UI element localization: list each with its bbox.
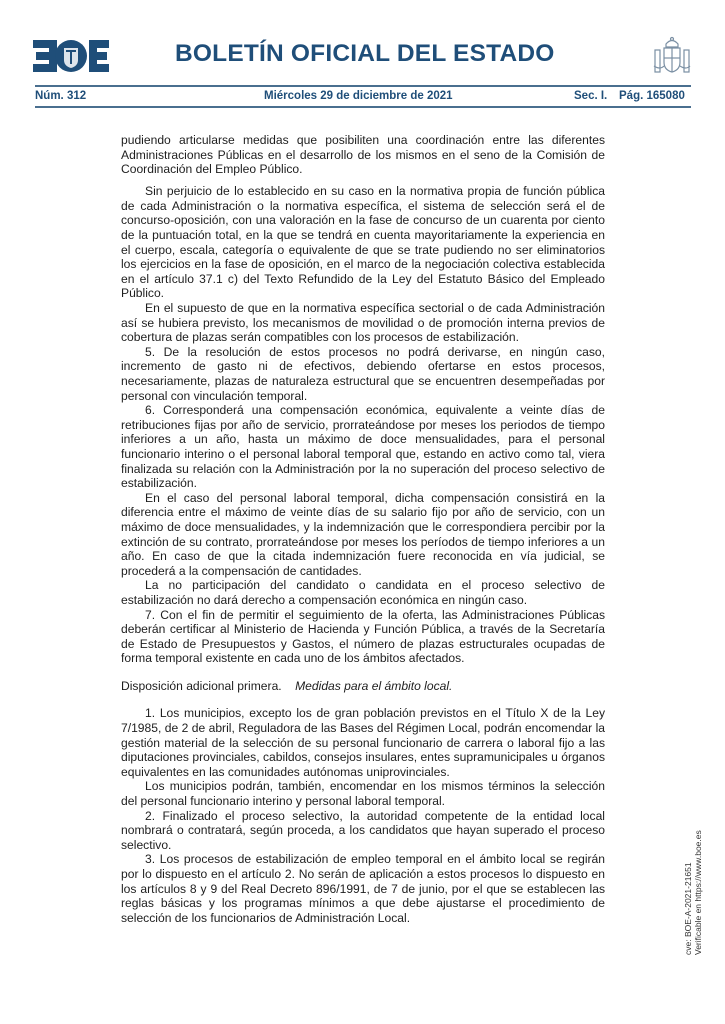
paragraph: 6. Corresponderá una compensación económ…: [121, 403, 605, 491]
paragraph: La no participación del candidato o cand…: [121, 578, 605, 607]
document-body: pudiendo articularse medidas que posibil…: [121, 133, 605, 925]
paragraph: 3. Los procesos de estabilización de emp…: [121, 852, 605, 925]
section-label: Sec. I.: [574, 90, 607, 102]
disposition-heading: Disposición adicional primera. Medidas p…: [121, 679, 605, 694]
verification-note: cve: BOE-A-2021-21651 Verificable en htt…: [683, 830, 703, 955]
header-rule-bottom: [35, 106, 691, 108]
boe-logo-icon: [33, 40, 109, 72]
issue-date: Miércoles 29 de diciembre de 2021: [264, 90, 453, 102]
disposition-title: Medidas para el ámbito local.: [295, 679, 452, 693]
cve-code: cve: BOE-A-2021-21651: [683, 830, 693, 955]
paragraph: En el supuesto de que en la normativa es…: [121, 301, 605, 345]
paragraph: 5. De la resolución de estos procesos no…: [121, 345, 605, 403]
coat-of-arms-icon: [652, 36, 692, 80]
issue-number: Núm. 312: [35, 90, 86, 102]
paragraph: Sin perjuicio de lo establecido en su ca…: [121, 184, 605, 301]
paragraph: 7. Con el fin de permitir el seguimiento…: [121, 608, 605, 666]
paragraph: 2. Finalizado el proceso selectivo, la a…: [121, 809, 605, 853]
disposition-label: Disposición adicional primera.: [121, 679, 282, 693]
publication-title: BOLETÍN OFICIAL DEL ESTADO: [175, 40, 555, 68]
paragraph: Los municipios podrán, también, encomend…: [121, 779, 605, 808]
paragraph: pudiendo articularse medidas que posibil…: [121, 133, 605, 177]
paragraph: En el caso del personal laboral temporal…: [121, 491, 605, 579]
header-rule-top: [35, 85, 691, 87]
verify-url: Verificable en https://www.boe.es: [693, 830, 703, 955]
page-number: Pág. 165080: [619, 90, 685, 102]
paragraph: 1. Los municipios, excepto los de gran p…: [121, 706, 605, 779]
